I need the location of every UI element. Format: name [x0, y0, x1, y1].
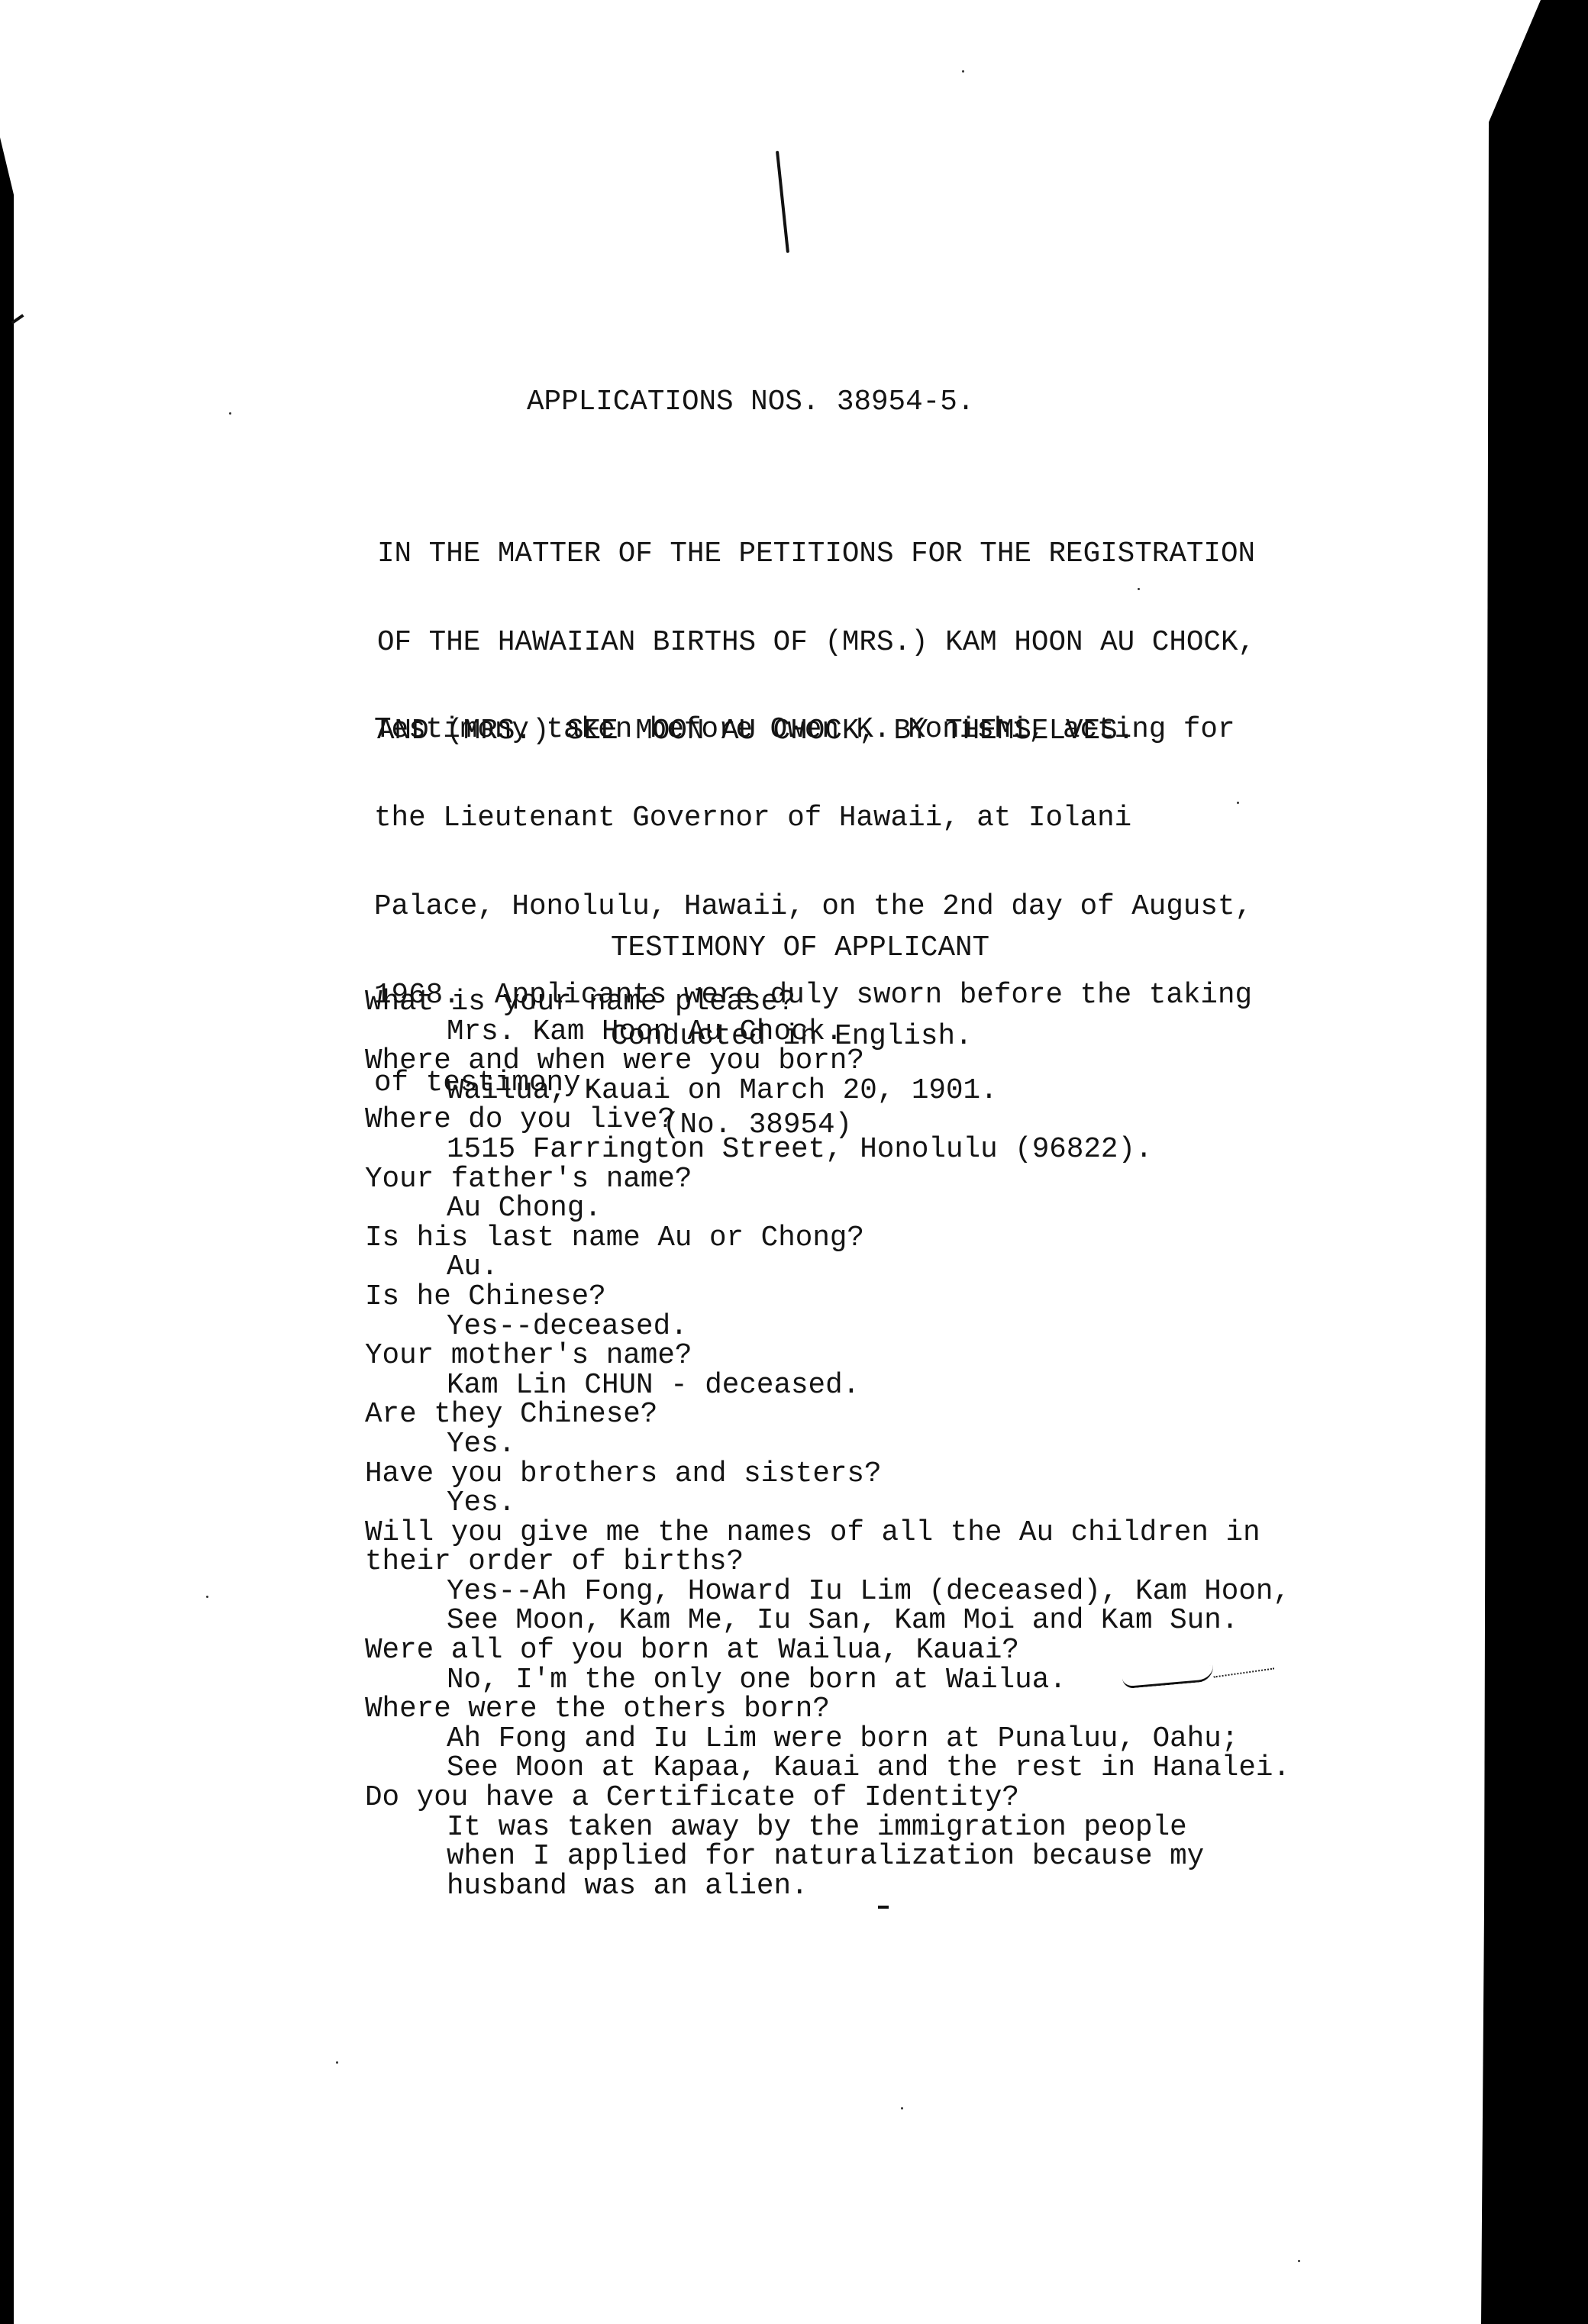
scan-speck — [1298, 2260, 1300, 2262]
answer-line: Yes--deceased. — [365, 1312, 1290, 1342]
answer-line: Mrs. Kam Hoon Au Chock. — [365, 1018, 1290, 1047]
question-line: Your father's name? — [365, 1165, 1290, 1195]
intro-line: the Lieutenant Governor of Hawaii, at Io… — [374, 804, 1252, 834]
answer-line: See Moon, Kam Me, Iu San, Kam Moi and Ka… — [365, 1606, 1290, 1636]
question-line: What is your name please? — [365, 988, 1290, 1018]
answer-line: Wailua, Kauai on March 20, 1901. — [365, 1076, 1290, 1106]
answer-line: Au Chong. — [365, 1194, 1290, 1224]
question-line: Where were the others born? — [365, 1695, 1290, 1725]
answer-line: Yes--Ah Fong, Howard Iu Lim (deceased), … — [365, 1577, 1290, 1607]
answer-line: Yes. — [365, 1489, 1290, 1519]
question-line: Do you have a Certificate of Identity? — [365, 1783, 1290, 1813]
answer-line: husband was an alien. — [365, 1872, 1290, 1902]
scan-edge-left — [0, 137, 15, 2324]
scan-speck — [206, 1596, 208, 1598]
question-line: Are they Chinese? — [365, 1400, 1290, 1430]
document-heading: APPLICATIONS NOS. 38954-5. — [527, 388, 974, 418]
scan-edge-right — [1481, 0, 1588, 2324]
section-title: TESTIMONY OF APPLICANT — [611, 934, 989, 963]
question-line: their order of births? — [365, 1548, 1290, 1577]
question-line: Have you brothers and sisters? — [365, 1460, 1290, 1490]
scan-speck — [336, 2061, 338, 2064]
question-line: Were all of you born at Wailua, Kauai? — [365, 1636, 1290, 1666]
answer-line: It was taken away by the immigration peo… — [365, 1813, 1290, 1843]
answer-line: Au. — [365, 1253, 1290, 1283]
answer-line: See Moon at Kapaa, Kauai and the rest in… — [365, 1754, 1290, 1783]
stray-dash-mark — [878, 1906, 889, 1909]
question-line: Is his last name Au or Chong? — [365, 1224, 1290, 1254]
scan-speck — [229, 412, 231, 415]
scan-speck — [901, 2107, 903, 2109]
answer-line: 1515 Farrington Street, Honolulu (96822)… — [365, 1135, 1290, 1165]
question-line: Where do you live? — [365, 1106, 1290, 1135]
question-line: Will you give me the names of all the Au… — [365, 1519, 1290, 1548]
intro-line: Testimony taken before Owen K. Konishi, … — [374, 715, 1252, 745]
caption-line: OF THE HAWAIIAN BIRTHS OF (MRS.) KAM HOO… — [377, 628, 1255, 658]
testimony-transcript: What is your name please?Mrs. Kam Hoon A… — [365, 988, 1290, 1901]
question-line: Your mother's name? — [365, 1341, 1290, 1371]
stray-pen-mark — [776, 151, 789, 253]
scan-speck — [1138, 588, 1140, 590]
question-line: Where and when were you born? — [365, 1047, 1290, 1076]
answer-line: when I applied for naturalization becaus… — [365, 1842, 1290, 1872]
answer-line: Ah Fong and Iu Lim were born at Punaluu,… — [365, 1725, 1290, 1754]
scan-speck — [962, 70, 964, 73]
scanned-document-page: APPLICATIONS NOS. 38954-5. IN THE MATTER… — [0, 0, 1588, 2324]
caption-line: IN THE MATTER OF THE PETITIONS FOR THE R… — [377, 540, 1255, 570]
question-line: Is he Chinese? — [365, 1283, 1290, 1312]
scan-speck — [1237, 802, 1239, 804]
answer-line: Kam Lin CHUN - deceased. — [365, 1371, 1290, 1401]
answer-line: Yes. — [365, 1430, 1290, 1460]
